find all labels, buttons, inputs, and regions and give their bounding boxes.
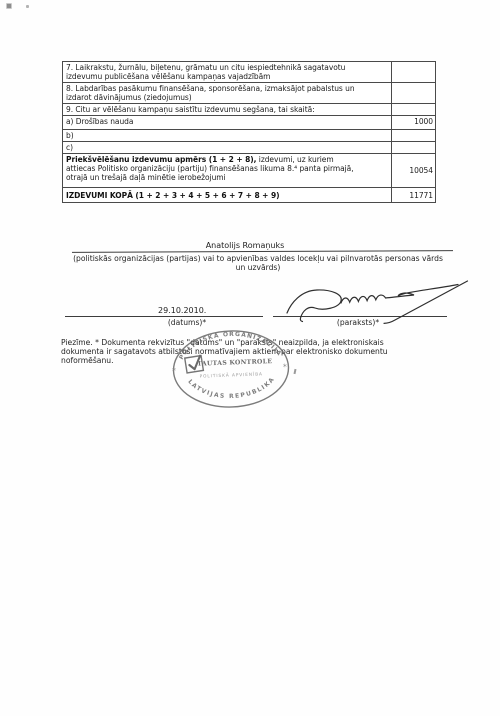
row-value: 1000 bbox=[392, 116, 436, 130]
scan-artifact-tick bbox=[294, 369, 297, 374]
table-row: 9. Citu ar vēlēšanu kampaņu saistītu izd… bbox=[63, 104, 436, 116]
row-label: Priekšvēlēšanu izdevumu apmērs (1 + 2 + … bbox=[63, 154, 392, 188]
name-caption: (politiskās organizācijas (partijas) vai… bbox=[60, 254, 456, 272]
stamp-center-subtitle: POLITISKĀ APVIENĪBA bbox=[199, 370, 263, 379]
row-label: c) bbox=[63, 142, 392, 154]
row-value bbox=[392, 62, 436, 83]
scan-artifact-dot bbox=[6, 3, 12, 9]
name-caption-line: (politiskās organizācijas (partijas) vai… bbox=[60, 254, 456, 263]
row-label-line: izdarot dāvinājumus (ziedojumus) bbox=[66, 93, 388, 102]
row-label: a) Drošības nauda bbox=[63, 116, 392, 130]
row-label-bold: Priekšvēlēšanu izdevumu apmērs (1 + 2 + … bbox=[66, 155, 256, 164]
stamp-right-asterisk: * bbox=[283, 363, 287, 372]
date-underline bbox=[65, 316, 263, 317]
row-label: 7. Laikrakstu, žurnālu, biļetenu, grāmat… bbox=[63, 62, 392, 83]
row-label: b) bbox=[63, 130, 392, 142]
scan-artifact-dot bbox=[26, 5, 29, 8]
row-value bbox=[392, 104, 436, 116]
date-value: 29.10.2010. bbox=[158, 306, 206, 315]
row-value bbox=[392, 130, 436, 142]
organization-stamp: POLITISKĀ ORGANIZĀCIJA LATVIJAS REPUBLIK… bbox=[166, 326, 296, 414]
table-row: 8. Labdarības pasākumu finansēšana, spon… bbox=[63, 83, 436, 104]
row-label-line: 7. Laikrakstu, žurnālu, biļetenu, grāmat… bbox=[66, 63, 388, 72]
table-row: Priekšvēlēšanu izdevumu apmērs (1 + 2 + … bbox=[63, 154, 436, 188]
row-label: 9. Citu ar vēlēšanu kampaņu saistītu izd… bbox=[63, 104, 392, 116]
row-value: 10054 bbox=[392, 154, 436, 188]
expenses-table: 7. Laikrakstu, žurnālu, biļetenu, grāmat… bbox=[62, 61, 436, 203]
signer-name: Anatolijs Romaņuks bbox=[145, 241, 345, 250]
row-label-line: attiecas Politisko organizāciju (partiju… bbox=[66, 164, 388, 173]
stamp-left-asterisk: * bbox=[172, 366, 176, 375]
name-caption-line: un uzvārds) bbox=[60, 263, 456, 272]
row-value: 11771 bbox=[392, 188, 436, 203]
row-label-line: otrajā un trešajā daļā minētie ierobežoj… bbox=[66, 173, 388, 182]
handwritten-signature bbox=[275, 275, 475, 330]
stamp-center-title: TAUTAS KONTROLE bbox=[197, 358, 272, 368]
scanned-declaration-page: 7. Laikrakstu, žurnālu, biļetenu, grāmat… bbox=[0, 0, 500, 716]
table-row: IZDEVUMI KOPĀ (1 + 2 + 3 + 4 + 5 + 6 + 7… bbox=[63, 188, 436, 203]
name-underline bbox=[72, 250, 453, 253]
table-row: a) Drošības nauda 1000 bbox=[63, 116, 436, 130]
table-row: b) bbox=[63, 130, 436, 142]
row-label: 8. Labdarības pasākumu finansēšana, spon… bbox=[63, 83, 392, 104]
row-value bbox=[392, 142, 436, 154]
table-row: c) bbox=[63, 142, 436, 154]
row-value bbox=[392, 83, 436, 104]
row-label-rest: izdevumi, uz kuriem bbox=[256, 155, 333, 164]
table-row: 7. Laikrakstu, žurnālu, biļetenu, grāmat… bbox=[63, 62, 436, 83]
row-label: IZDEVUMI KOPĀ (1 + 2 + 3 + 4 + 5 + 6 + 7… bbox=[63, 188, 392, 203]
row-label-line: 8. Labdarības pasākumu finansēšana, spon… bbox=[66, 84, 388, 93]
row-label-line: izdevumu publicēšana vēlēšanu kampaņas v… bbox=[66, 72, 388, 81]
